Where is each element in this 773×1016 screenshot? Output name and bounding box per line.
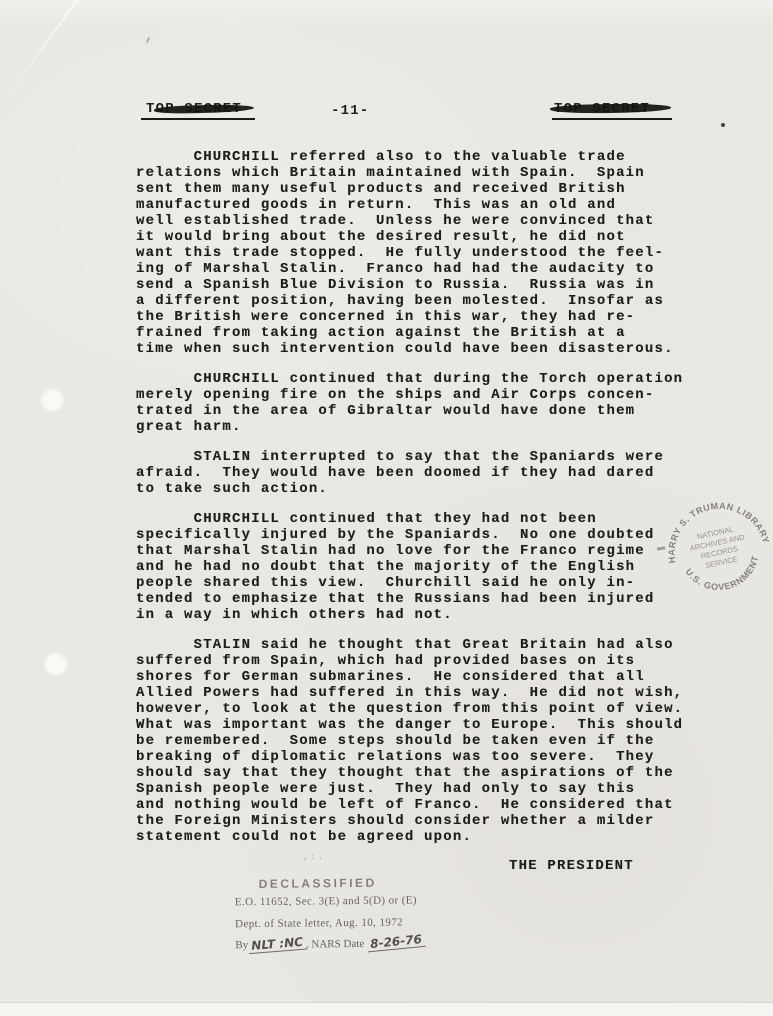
archives-round-stamp-icon: HARRY S. TRUMAN LIBRARY U.S. GOVERNMENT … xyxy=(656,488,773,614)
redaction-strike-icon xyxy=(550,103,671,114)
punch-hole xyxy=(44,652,67,675)
nars-date-label: , NARS Date xyxy=(306,938,364,951)
paragraph: STALIN interrupted to say that the Spani… xyxy=(136,449,696,497)
paragraph: CHURCHILL continued that they had not be… xyxy=(136,511,696,623)
paragraph: STALIN said he thought that Great Britai… xyxy=(136,637,696,845)
paper-fiber-mark xyxy=(146,37,150,43)
punch-hole xyxy=(41,388,64,411)
paragraph: CHURCHILL continued that during the Torc… xyxy=(136,371,696,435)
paper-bottom-edge xyxy=(0,1002,773,1016)
paragraph: CHURCHILL referred also to the valuable … xyxy=(136,149,696,357)
declassification-stamp: DECLASSIFIED E.O. 11652, Sec. 3(E) and 5… xyxy=(235,875,476,953)
pencil-marginalia: ,:. xyxy=(303,852,325,862)
document-body: CHURCHILL referred also to the valuable … xyxy=(136,149,696,859)
document-page: TOP SECRET -11- TOP SECRET CHURCHILL ref… xyxy=(0,0,773,1016)
speaker-heading: THE PRESIDENT xyxy=(509,858,634,874)
page-number: -11- xyxy=(331,103,369,119)
classification-stamp-left: TOP SECRET xyxy=(141,102,255,120)
by-label: By xyxy=(235,939,248,951)
ink-speck xyxy=(721,123,725,127)
declass-byline: By NLT :NC , NARS Date 8-26-76 xyxy=(235,935,475,953)
paper-top-edge xyxy=(0,0,773,28)
handwritten-initials: NLT :NC xyxy=(248,935,307,955)
declassified-label: DECLASSIFIED xyxy=(259,875,475,891)
classification-stamp-right: TOP SECRET xyxy=(552,102,672,120)
declass-eo-line: E.O. 11652, Sec. 3(E) and 5(D) or (E) xyxy=(235,894,475,909)
handwritten-date: 8-26-76 xyxy=(367,932,426,953)
declass-letter-line: Dept. of State letter, Aug. 10, 1972 xyxy=(235,916,475,931)
